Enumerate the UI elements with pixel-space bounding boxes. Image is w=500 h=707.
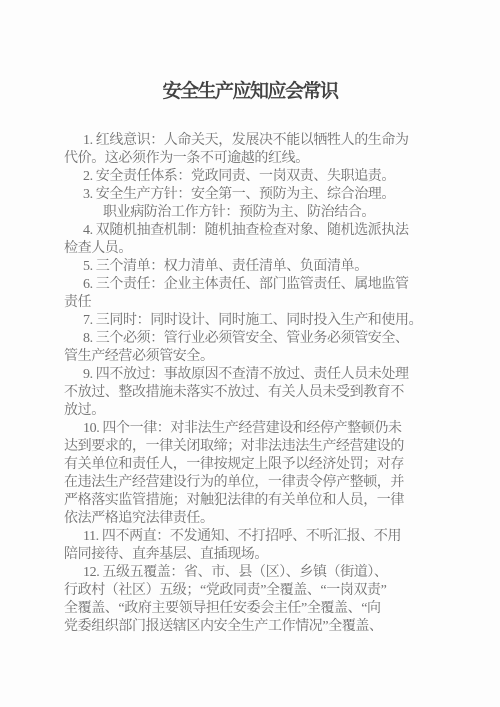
text-line: 依法严格追究法律责任。 (64, 510, 454, 528)
text-line: 有关单位和责任人，一律按规定上限予以经济处罚；对存 (64, 456, 454, 474)
text-line: 8. 三个必须：管行业必须管安全、管业务必须管安全、 (64, 330, 454, 348)
text-line: 10. 四个一律：对非法生产经营建设和经停产整顿仍未 (64, 420, 454, 438)
text-line: 6. 三个责任：企业主体责任、部门监管责任、属地监管 (64, 276, 454, 294)
text-line: 达到要求的，一律关闭取缔；对非法违法生产经营建设的 (64, 438, 454, 456)
text-line: 3. 安全生产方针：安全第一、预防为主、综合治理。 (64, 186, 454, 204)
text-line: 管生产经营必须管安全。 (64, 348, 454, 366)
text-line: 不放过、整改措施未落实不放过、有关人员未受到教育不 (64, 384, 454, 402)
text-line: 行政村（社区）五级；“党政同责”全覆盖、“一岗双责” (64, 582, 454, 600)
document-page: 安全生产应知应会常识 1. 红线意识：人命关天，发展决不能以牺牲人的生命为代价。… (0, 0, 500, 707)
text-line: 代价。这必须作为一条不可逾越的红线。 (64, 150, 454, 168)
text-line: 1. 红线意识：人命关天，发展决不能以牺牲人的生命为 (64, 132, 454, 150)
text-line: 在违法生产经营建设行为的单位，一律责令停产整顿，并 (64, 474, 454, 492)
text-line: 党委组织部门报送辖区内安全生产工作情况”全覆盖、 (64, 618, 454, 636)
text-line: 职业病防治工作方针：预防为主、防治结合。 (64, 204, 454, 222)
text-line: 全覆盖、“政府主要领导担任安委会主任”全覆盖、“向 (64, 600, 454, 618)
text-line: 12. 五级五覆盖：省、市、县（区）、乡镇（街道）、 (64, 564, 454, 582)
text-line: 7. 三同时：同时设计、同时施工、同时投入生产和使用。 (64, 312, 454, 330)
text-line: 4. 双随机抽查机制：随机抽查检查对象、随机选派执法 (64, 222, 454, 240)
text-line: 11. 四不两直：不发通知、不打招呼、不听汇报、不用 (64, 528, 454, 546)
text-line: 陪同接待、直奔基层、直插现场。 (64, 546, 454, 564)
text-line: 严格落实监管措施；对触犯法律的有关单位和人员，一律 (64, 492, 454, 510)
document-body: 1. 红线意识：人命关天，发展决不能以牺牲人的生命为代价。这必须作为一条不可逾越… (0, 132, 454, 636)
text-line: 2. 安全责任体系：党政同责、一岗双责、失职追责。 (64, 168, 454, 186)
text-line: 放过。 (64, 402, 454, 420)
text-line: 5. 三个清单：权力清单、责任清单、负面清单。 (64, 258, 454, 276)
document-title: 安全生产应知应会常识 (0, 0, 500, 103)
text-line: 9. 四不放过：事故原因不查清不放过、责任人员未处理 (64, 366, 454, 384)
text-line: 检查人员。 (64, 240, 454, 258)
text-line: 责任 (64, 294, 454, 312)
